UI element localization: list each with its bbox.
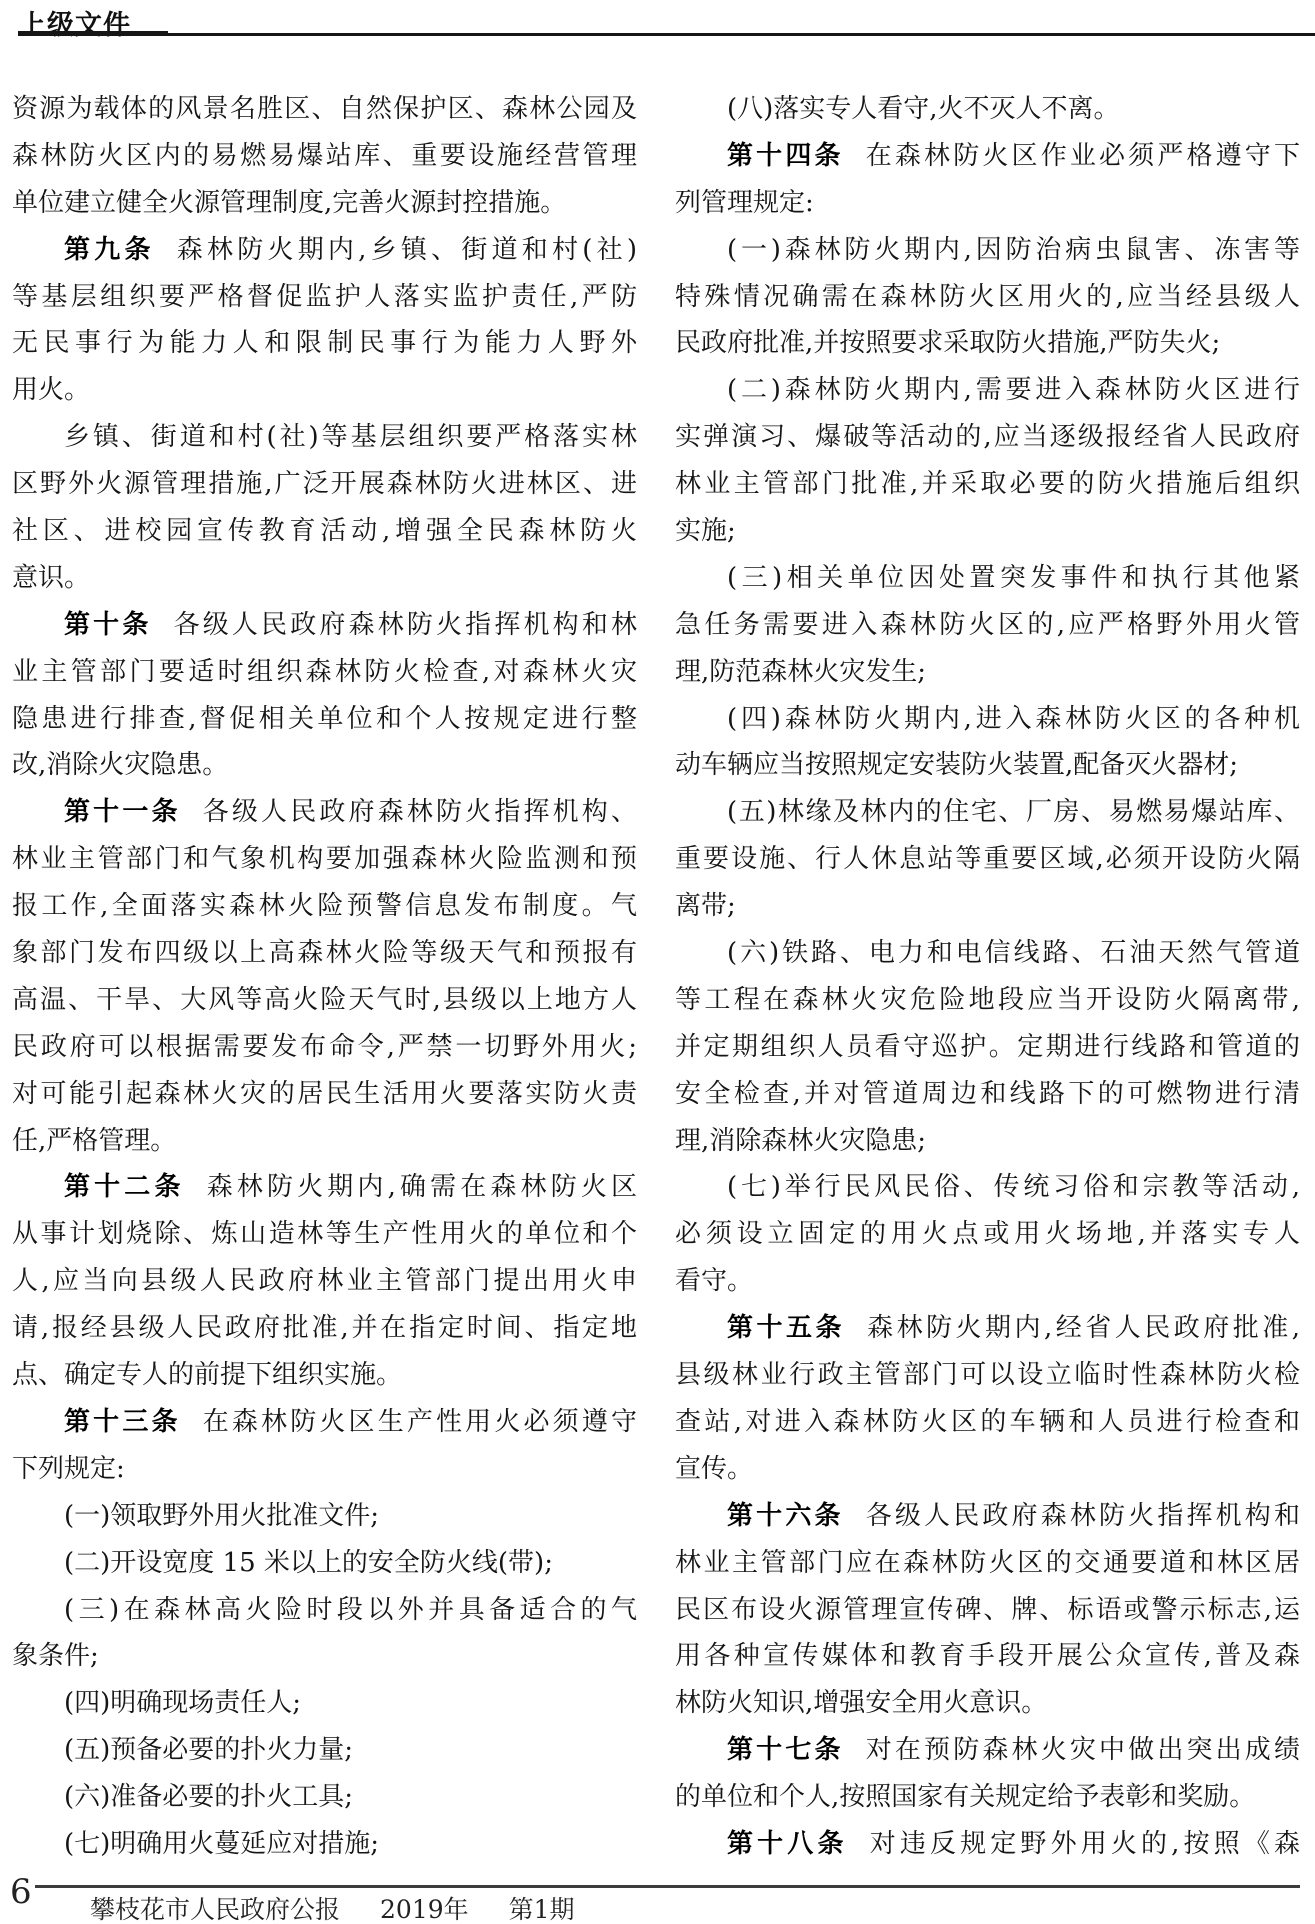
text-line: (二)森林防火期内,需要进入森林防火区进行 — [675, 367, 1300, 414]
text-line: 业主管部门要适时组织森林防火检查,对森林火灾 — [12, 649, 637, 696]
text-line: 隐患进行排查,督促相关单位和个人按规定进行整 — [12, 696, 637, 743]
text-line: 民政府可以根据需要发布命令,严禁一切野外用火; — [12, 1024, 637, 1071]
text-line: 动车辆应当按照规定安装防火装置,配备灭火器材; — [675, 742, 1300, 789]
page-number: 6 — [10, 1872, 32, 1912]
article-number: 第十五条 — [727, 1313, 845, 1343]
article-number: 第十二条 — [64, 1172, 185, 1202]
text-line: 第九条森林防火期内,乡镇、街道和村(社) — [12, 227, 637, 274]
text-line: 理,防范森林火灾发生; — [675, 649, 1300, 696]
column-left: 资源为载体的风景名胜区、自然保护区、森林公园及森林防火区内的易燃易爆站库、重要设… — [12, 86, 637, 1868]
text-line: 等基层组织要严格督促监护人落实监护责任,严防 — [12, 274, 637, 321]
text-line: 社区、进校园宣传教育活动,增强全民森林防火 — [12, 508, 637, 555]
text-line: 林业主管部门和气象机构要加强森林火险监测和预 — [12, 836, 637, 883]
text-line: 无民事行为能力人和限制民事行为能力人野外 — [12, 320, 637, 367]
text-line: (五)林缘及林内的住宅、厂房、易燃易爆站库、 — [675, 789, 1300, 836]
article-number: 第十六条 — [727, 1501, 844, 1531]
text-line: 民区布设火源管理宣传碑、牌、标语或警示标志,运 — [675, 1587, 1300, 1634]
text-line: 实施; — [675, 508, 1300, 555]
text-line: 森林防火区内的易燃易爆站库、重要设施经营管理 — [12, 133, 637, 180]
text-line: 第十三条在森林防火区生产性用火必须遵守 — [12, 1399, 637, 1446]
text-line: 资源为载体的风景名胜区、自然保护区、森林公园及 — [12, 86, 637, 133]
text-line: 报工作,全面落实森林火险预警信息发布制度。气 — [12, 883, 637, 930]
text-line: 人,应当向县级人民政府林业主管部门提出用火申 — [12, 1258, 637, 1305]
article-number: 第十四条 — [727, 141, 844, 171]
text-line: 第十四条在森林防火区作业必须严格遵守下 — [675, 133, 1300, 180]
footer-meta: 攀枝花市人民政府公报2019年第1期 — [90, 1890, 575, 1924]
text-line: (六)准备必要的扑火工具; — [12, 1774, 637, 1821]
text-line: 等工程在森林火灾危险地段应当开设防火隔离带, — [675, 977, 1300, 1024]
text-line: 查站,对进入森林防火区的车辆和人员进行检查和 — [675, 1399, 1300, 1446]
text-line: 单位建立健全火源管理制度,完善火源封控措施。 — [12, 180, 637, 227]
page-header-title: 上级文件 — [19, 3, 131, 42]
text-line: (四)明确现场责任人; — [12, 1680, 637, 1727]
text-line: 请,报经县级人民政府批准,并在指定时间、指定地 — [12, 1305, 637, 1352]
document-body: 资源为载体的风景名胜区、自然保护区、森林公园及森林防火区内的易燃易爆站库、重要设… — [12, 86, 1300, 1868]
text-line: 第十条各级人民政府森林防火指挥机构和林 — [12, 602, 637, 649]
text-line: 第十六条各级人民政府森林防火指挥机构和 — [675, 1493, 1300, 1540]
text-line: 特殊情况确需在森林防火区用火的,应当经县级人 — [675, 274, 1300, 321]
text-line: 下列规定: — [12, 1446, 637, 1493]
text-line: 的单位和个人,按照国家有关规定给予表彰和奖励。 — [675, 1774, 1300, 1821]
text-line: 急任务需要进入森林防火区的,应严格野外用火管 — [675, 602, 1300, 649]
text-line: 林业主管部门应在森林防火区的交通要道和林区居 — [675, 1540, 1300, 1587]
text-line: 对可能引起森林火灾的居民生活用火要落实防火责 — [12, 1071, 637, 1118]
text-line: 重要设施、行人休息站等重要区域,必须开设防火隔 — [675, 836, 1300, 883]
article-number: 第十三条 — [64, 1407, 181, 1437]
text-line: (七)明确用火蔓延应对措施; — [12, 1821, 637, 1868]
text-line: 象条件; — [12, 1633, 637, 1680]
text-line: 实弹演习、爆破等活动的,应当逐级报经省人民政府 — [675, 414, 1300, 461]
text-line: 第十八条对违反规定野外用火的,按照《森 — [675, 1821, 1300, 1868]
text-line: 点、确定专人的前提下组织实施。 — [12, 1352, 637, 1399]
text-line: (八)落实专人看守,火不灭人不离。 — [675, 86, 1300, 133]
text-line: (一)森林防火期内,因防治病虫鼠害、冻害等 — [675, 227, 1300, 274]
text-line: 用火。 — [12, 367, 637, 414]
text-line: (六)铁路、电力和电信线路、石油天然气管道 — [675, 930, 1300, 977]
text-line: 第十五条森林防火期内,经省人民政府批准, — [675, 1305, 1300, 1352]
text-line: 任,严格管理。 — [12, 1118, 637, 1165]
text-line: 宣传。 — [675, 1446, 1300, 1493]
text-line: (七)举行民风民俗、传统习俗和宗教等活动, — [675, 1164, 1300, 1211]
text-line: 县级林业行政主管部门可以设立临时性森林防火检 — [675, 1352, 1300, 1399]
text-line: 民政府批准,并按照要求采取防火措施,严防失火; — [675, 320, 1300, 367]
gazette-page: 上级文件 资源为载体的风景名胜区、自然保护区、森林公园及森林防火区内的易燃易爆站… — [0, 0, 1315, 1924]
text-line: 乡镇、街道和村(社)等基层组织要严格落实林 — [12, 414, 637, 461]
text-line: (二)开设宽度 15 米以上的安全防火线(带); — [12, 1540, 637, 1587]
footer-publication: 攀枝花市人民政府公报 — [90, 1895, 340, 1924]
text-line: 离带; — [675, 883, 1300, 930]
article-number: 第十七条 — [727, 1735, 844, 1765]
text-line: (三)相关单位因处置突发事件和执行其他紧 — [675, 555, 1300, 602]
text-line: 改,消除火灾隐患。 — [12, 742, 637, 789]
footer-rule — [35, 1885, 1300, 1888]
text-line: 必须设立固定的用火点或用火场地,并落实专人 — [675, 1211, 1300, 1258]
text-line: 理,消除森林火灾隐患; — [675, 1118, 1300, 1165]
text-line: 高温、干旱、大风等高火险天气时,县级以上地方人 — [12, 977, 637, 1024]
text-line: 林防火知识,增强安全用火意识。 — [675, 1680, 1300, 1727]
text-line: 列管理规定: — [675, 180, 1300, 227]
footer-issue: 第1期 — [509, 1895, 575, 1924]
text-line: 意识。 — [12, 555, 637, 602]
article-number: 第十一条 — [64, 797, 181, 827]
article-number: 第九条 — [64, 235, 155, 265]
text-line: (一)领取野外用火批准文件; — [12, 1493, 637, 1540]
header-rule — [18, 33, 1315, 36]
column-right: (八)落实专人看守,火不灭人不离。第十四条在森林防火区作业必须严格遵守下列管理规… — [675, 86, 1300, 1868]
text-line: 第十一条各级人民政府森林防火指挥机构、 — [12, 789, 637, 836]
text-line: (三)在森林高火险时段以外并具备适合的气 — [12, 1587, 637, 1634]
text-line: 林业主管部门批准,并采取必要的防火措施后组织 — [675, 461, 1300, 508]
text-line: 用各种宣传媒体和教育手段开展公众宣传,普及森 — [675, 1633, 1300, 1680]
text-line: 象部门发布四级以上高森林火险等级天气和预报有 — [12, 930, 637, 977]
text-line: 并定期组织人员看守巡护。定期进行线路和管道的 — [675, 1024, 1300, 1071]
text-line: (五)预备必要的扑火力量; — [12, 1727, 637, 1774]
text-line: 从事计划烧除、炼山造林等生产性用火的单位和个 — [12, 1211, 637, 1258]
text-line: 第十二条森林防火期内,确需在森林防火区 — [12, 1164, 637, 1211]
footer-year: 2019年 — [380, 1895, 469, 1924]
article-number: 第十八条 — [727, 1829, 848, 1859]
text-line: 区野外火源管理措施,广泛开展森林防火进林区、进 — [12, 461, 637, 508]
text-line: (四)森林防火期内,进入森林防火区的各种机 — [675, 696, 1300, 743]
text-line: 第十七条对在预防森林火灾中做出突出成绩 — [675, 1727, 1300, 1774]
article-number: 第十条 — [64, 610, 151, 640]
text-line: 看守。 — [675, 1258, 1300, 1305]
text-line: 安全检查,并对管道周边和线路下的可燃物进行清 — [675, 1071, 1300, 1118]
